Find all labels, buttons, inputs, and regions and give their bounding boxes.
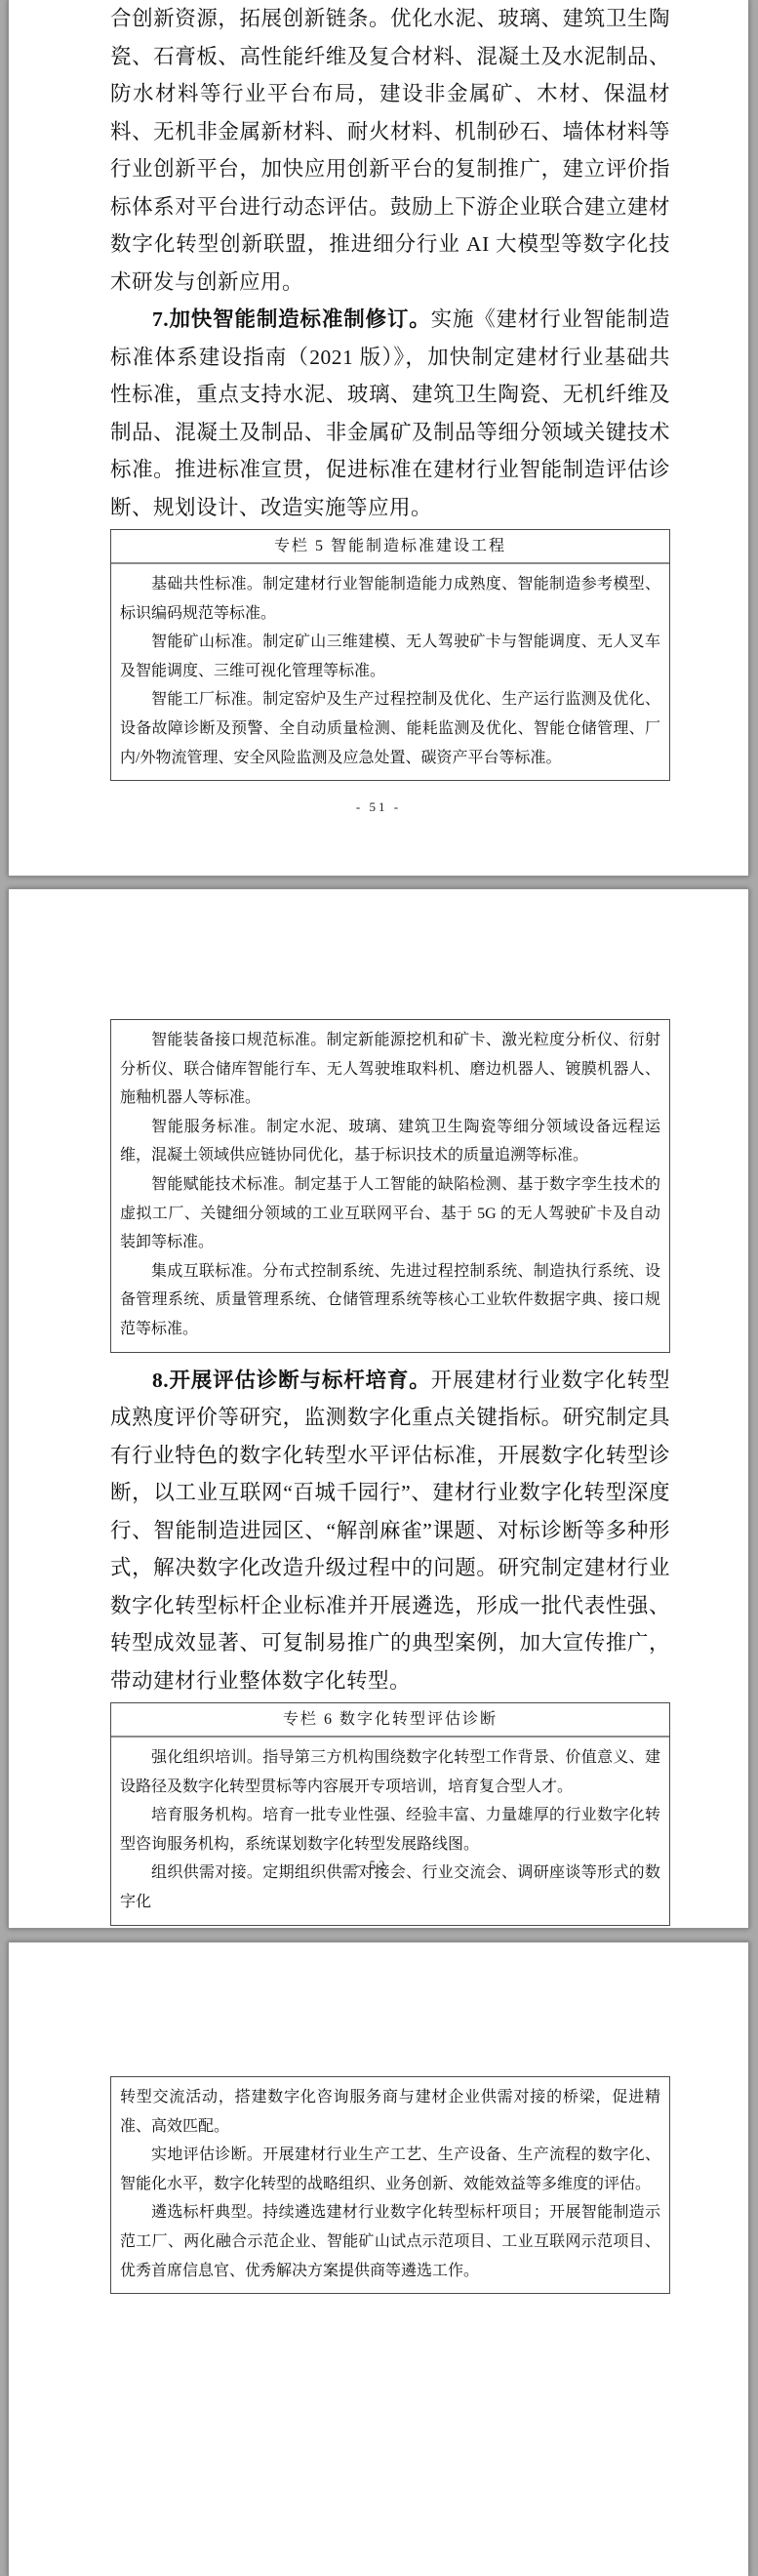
callout-box-6-title: 专栏 6 数字化转型评估诊断 xyxy=(111,1703,669,1738)
item-8-bold-lead: 8.开展评估诊断与标杆培育。 xyxy=(152,1369,431,1392)
item-7-bold-lead: 7.加快智能制造标准制修订。 xyxy=(152,307,431,331)
page-number-52: - 52 - xyxy=(9,1858,748,1873)
page-number-51: - 51 - xyxy=(9,799,748,815)
callout-item: 基础共性标准。制定建材行业智能制造能力成熟度、智能制造参考模型、标识编码规范等标… xyxy=(120,570,660,628)
callout-box-6-continued: 转型交流活动，搭建数字化咨询服务商与建材企业供需对接的桥梁，促进精准、高效匹配。… xyxy=(110,2076,670,2294)
callout-item: 智能服务标准。制定水泥、玻璃、建筑卫生陶瓷等细分领域设备远程运维，混凝土领域供应… xyxy=(120,1113,660,1170)
callout-box-6-body: 强化组织培训。指导第三方机构围绕数字化转型工作背景、价值意义、建设路径及数字化转… xyxy=(111,1738,669,1925)
callout-box-6: 专栏 6 数字化转型评估诊断 强化组织培训。指导第三方机构围绕数字化转型工作背景… xyxy=(110,1702,670,1926)
body-paragraph-item-8: 8.开展评估诊断与标杆培育。开展建材行业数字化转型成熟度评价等研究，监测数字化重… xyxy=(110,1362,670,1700)
callout-box-5-continued: 智能装备接口规范标准。制定新能源挖机和矿卡、激光粒度分析仪、衍射分析仪、联合储库… xyxy=(110,1019,670,1353)
item-7-body-text: 实施《建材行业智能制造标准体系建设指南（2021 版）》，加快制定建材行业基础共… xyxy=(110,307,670,519)
callout-item: 智能赋能技术标准。制定基于人工智能的缺陷检测、基于数字孪生技术的虚拟工厂、关键细… xyxy=(120,1170,660,1257)
callout-box-5-body: 基础共性标准。制定建材行业智能制造能力成熟度、智能制造参考模型、标识编码规范等标… xyxy=(111,564,669,780)
document-page-51: 合创新资源，拓展创新链条。优化水泥、玻璃、建筑卫生陶瓷、石膏板、高性能纤维及复合… xyxy=(8,0,749,877)
callout-item: 实地评估诊断。开展建材行业生产工艺、生产设备、生产流程的数字化、智能化水平，数字… xyxy=(120,2141,660,2198)
body-paragraph-continuation: 合创新资源，拓展创新链条。优化水泥、玻璃、建筑卫生陶瓷、石膏板、高性能纤维及复合… xyxy=(110,0,670,301)
page-52-content: 智能装备接口规范标准。制定新能源挖机和矿卡、激光粒度分析仪、衍射分析仪、联合储库… xyxy=(110,1016,670,1928)
callout-box-5-title: 专栏 5 智能制造标准建设工程 xyxy=(111,530,669,564)
callout-item: 培育服务机构。培育一批专业性强、经验丰富、力量雄厚的行业数字化转型咨询服务机构，… xyxy=(120,1801,660,1859)
document-page-52: 智能装备接口规范标准。制定新能源挖机和矿卡、激光粒度分析仪、衍射分析仪、联合储库… xyxy=(8,888,749,1929)
callout-item: 智能矿山标准。制定矿山三维建模、无人驾驶矿卡与智能调度、无人叉车及智能调度、三维… xyxy=(120,628,660,685)
callout-item: 强化组织培训。指导第三方机构围绕数字化转型工作背景、价值意义、建设路径及数字化转… xyxy=(120,1743,660,1801)
callout-box-5-continued-body: 智能装备接口规范标准。制定新能源挖机和矿卡、激光粒度分析仪、衍射分析仪、联合储库… xyxy=(111,1020,669,1352)
document-page-53: 转型交流活动，搭建数字化咨询服务商与建材企业供需对接的桥梁，促进精准、高效匹配。… xyxy=(8,1942,749,2576)
callout-item: 智能工厂标准。制定窑炉及生产过程控制及优化、生产运行监测及优化、设备故障诊断及预… xyxy=(120,685,660,772)
body-paragraph-item-7: 7.加快智能制造标准制修订。实施《建材行业智能制造标准体系建设指南（2021 版… xyxy=(110,301,670,526)
page-51-content: 合创新资源，拓展创新链条。优化水泥、玻璃、建筑卫生陶瓷、石膏板、高性能纤维及复合… xyxy=(110,0,670,876)
pdf-viewer-page-area: { "viewer": { "background_color": "#a8a8… xyxy=(0,0,758,2576)
callout-item: 集成互联标准。分布式控制系统、先进过程控制系统、制造执行系统、设备管理系统、质量… xyxy=(120,1257,660,1344)
callout-item-continuation: 转型交流活动，搭建数字化咨询服务商与建材企业供需对接的桥梁，促进精准、高效匹配。 xyxy=(120,2083,660,2141)
callout-item: 遴选标杆典型。持续遴选建材行业数字化转型标杆项目；开展智能制造示范工厂、两化融合… xyxy=(120,2198,660,2285)
item-8-body-text: 开展建材行业数字化转型成熟度评价等研究，监测数字化重点关键指标。研究制定具有行业… xyxy=(110,1369,670,1693)
callout-box-5: 专栏 5 智能制造标准建设工程 基础共性标准。制定建材行业智能制造能力成熟度、智… xyxy=(110,529,670,781)
callout-item: 智能装备接口规范标准。制定新能源挖机和矿卡、激光粒度分析仪、衍射分析仪、联合储库… xyxy=(120,1026,660,1113)
callout-box-6-continued-body: 转型交流活动，搭建数字化咨询服务商与建材企业供需对接的桥梁，促进精准、高效匹配。… xyxy=(111,2077,669,2293)
page-53-content: 转型交流活动，搭建数字化咨询服务商与建材企业供需对接的桥梁，促进精准、高效匹配。… xyxy=(110,2073,670,2576)
